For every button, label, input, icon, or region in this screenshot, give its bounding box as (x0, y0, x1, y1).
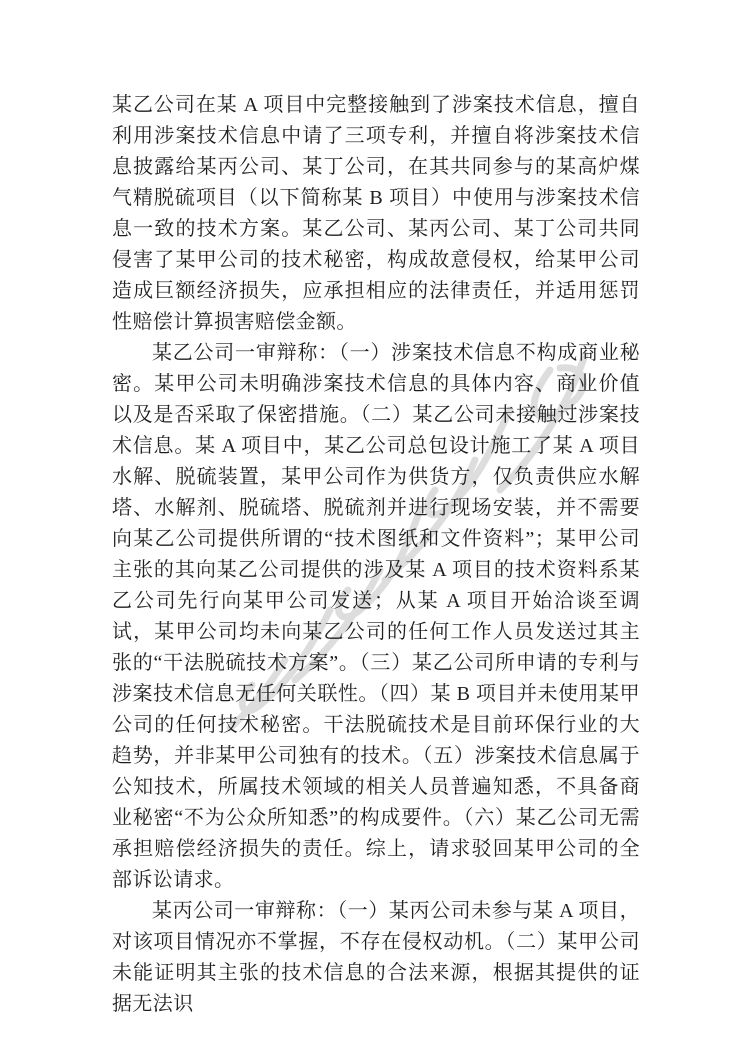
paragraph-defendant-yi-defense: 某乙公司一审辩称：（一）涉案技术信息不构成商业秘密。某甲公司未明确涉案技术信息的… (112, 338, 640, 896)
judgment-text-block: 某乙公司在某 A 项目中完整接触到了涉案技术信息，擅自利用涉案技术信息中请了三项… (112, 90, 640, 1020)
document-page: 某乙公司在某 A 项目中完整接触到了涉案技术信息，擅自利用涉案技术信息中请了三项… (0, 0, 750, 1061)
paragraph-defendant-bing-defense: 某丙公司一审辩称：（一）某丙公司未参与某 A 项目，对该项目情况亦不掌握，不存在… (112, 896, 640, 1020)
paragraph-continuation: 某乙公司在某 A 项目中完整接触到了涉案技术信息，擅自利用涉案技术信息中请了三项… (112, 90, 640, 338)
